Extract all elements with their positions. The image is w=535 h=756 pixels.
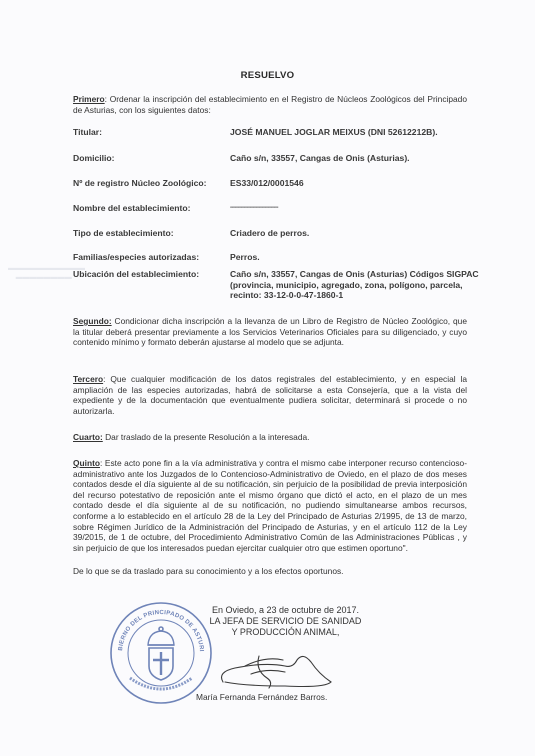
paragraph-tercero: Tercero: Que cualquier modificación de l… xyxy=(73,374,467,416)
paragraph-quinto: Quinto: Este acto pone fin a la vía admi… xyxy=(73,458,467,553)
paragraph-cuarto: Cuarto: Dar traslado de la presente Reso… xyxy=(73,432,467,443)
signature-block: En Oviedo, a 23 de octubre de 2017. LA J… xyxy=(198,605,373,638)
document-page: ▬▬▬▬▬▬▬▬▬▬▬ ▬▬▬▬▬▬▬▬ RESUELVO Primero: O… xyxy=(0,0,535,756)
paragraph-segundo: Segundo: Condicionar dicha inscripción a… xyxy=(73,316,467,348)
paragraph-lead: Tercero xyxy=(73,374,103,384)
field-nombre: Nombre del establecimiento: ------------… xyxy=(73,203,483,214)
field-label: Nº de registro Núcleo Zoológico: xyxy=(73,178,230,189)
position-line-1: LA JEFA DE SERVICIO DE SANIDAD xyxy=(198,616,373,627)
field-value: Perros. xyxy=(230,252,483,263)
closing-text: De lo que se da traslado para su conocim… xyxy=(73,566,344,576)
paragraph-text: Condicionar dicha inscripción a la lleva… xyxy=(73,316,467,347)
paragraph-lead: Cuarto: xyxy=(73,432,103,442)
field-label: Titular: xyxy=(73,127,230,138)
field-titular: Titular: JOSÉ MANUEL JOGLAR MEIXUS (DNI … xyxy=(73,127,483,138)
field-registro: Nº de registro Núcleo Zoológico: ES33/01… xyxy=(73,178,483,189)
field-value: Caño s/n, 33557, Cangas de Onis (Asturia… xyxy=(230,269,483,301)
field-value: JOSÉ MANUEL JOGLAR MEIXUS (DNI 52612212B… xyxy=(230,127,483,138)
paragraph-text: : Este acto pone fin a la vía administra… xyxy=(73,458,467,553)
place-date: En Oviedo, a 23 de octubre de 2017. xyxy=(198,605,373,616)
paragraph-lead: Primero xyxy=(73,94,105,104)
field-ubicacion: Ubicación del establecimiento: Caño s/n,… xyxy=(73,269,483,301)
paragraph-lead: Segundo: xyxy=(73,316,112,326)
field-label: Nombre del establecimiento: xyxy=(73,203,230,214)
field-domicilio: Domicilio: Caño s/n, 33557, Cangas de On… xyxy=(73,153,483,164)
field-value: Caño s/n, 33557, Cangas de Onis (Asturia… xyxy=(230,153,483,164)
field-especies: Familias/especies autorizadas: Perros. xyxy=(73,252,483,263)
paragraph-lead: Quinto xyxy=(73,458,100,468)
position-line-2: Y PRODUCCIÓN ANIMAL, xyxy=(198,627,373,638)
document-title: RESUELVO xyxy=(0,70,535,81)
field-value: Criadero de perros. xyxy=(230,228,483,239)
paragraph-text: Dar traslado de la presente Resolución a… xyxy=(103,432,310,442)
field-label: Ubicación del establecimiento: xyxy=(73,269,230,301)
field-label: Tipo de establecimiento: xyxy=(73,228,230,239)
field-value: ES33/012/0001546 xyxy=(230,178,483,189)
field-value: -------------------------------- xyxy=(230,203,483,214)
paragraph-primero: Primero: Ordenar la inscripción del esta… xyxy=(73,94,467,115)
paragraph-text: : Que cualquier modificación de los dato… xyxy=(73,374,467,416)
field-label: Domicilio: xyxy=(73,153,230,164)
paragraph-text: : Ordenar la inscripción del establecimi… xyxy=(73,94,467,115)
signer-name: María Fernanda Fernández Barros. xyxy=(196,692,327,702)
handwritten-signature-icon xyxy=(215,648,335,690)
field-label: Familias/especies autorizadas: xyxy=(73,252,230,263)
field-tipo: Tipo de establecimiento: Criadero de per… xyxy=(73,228,483,239)
